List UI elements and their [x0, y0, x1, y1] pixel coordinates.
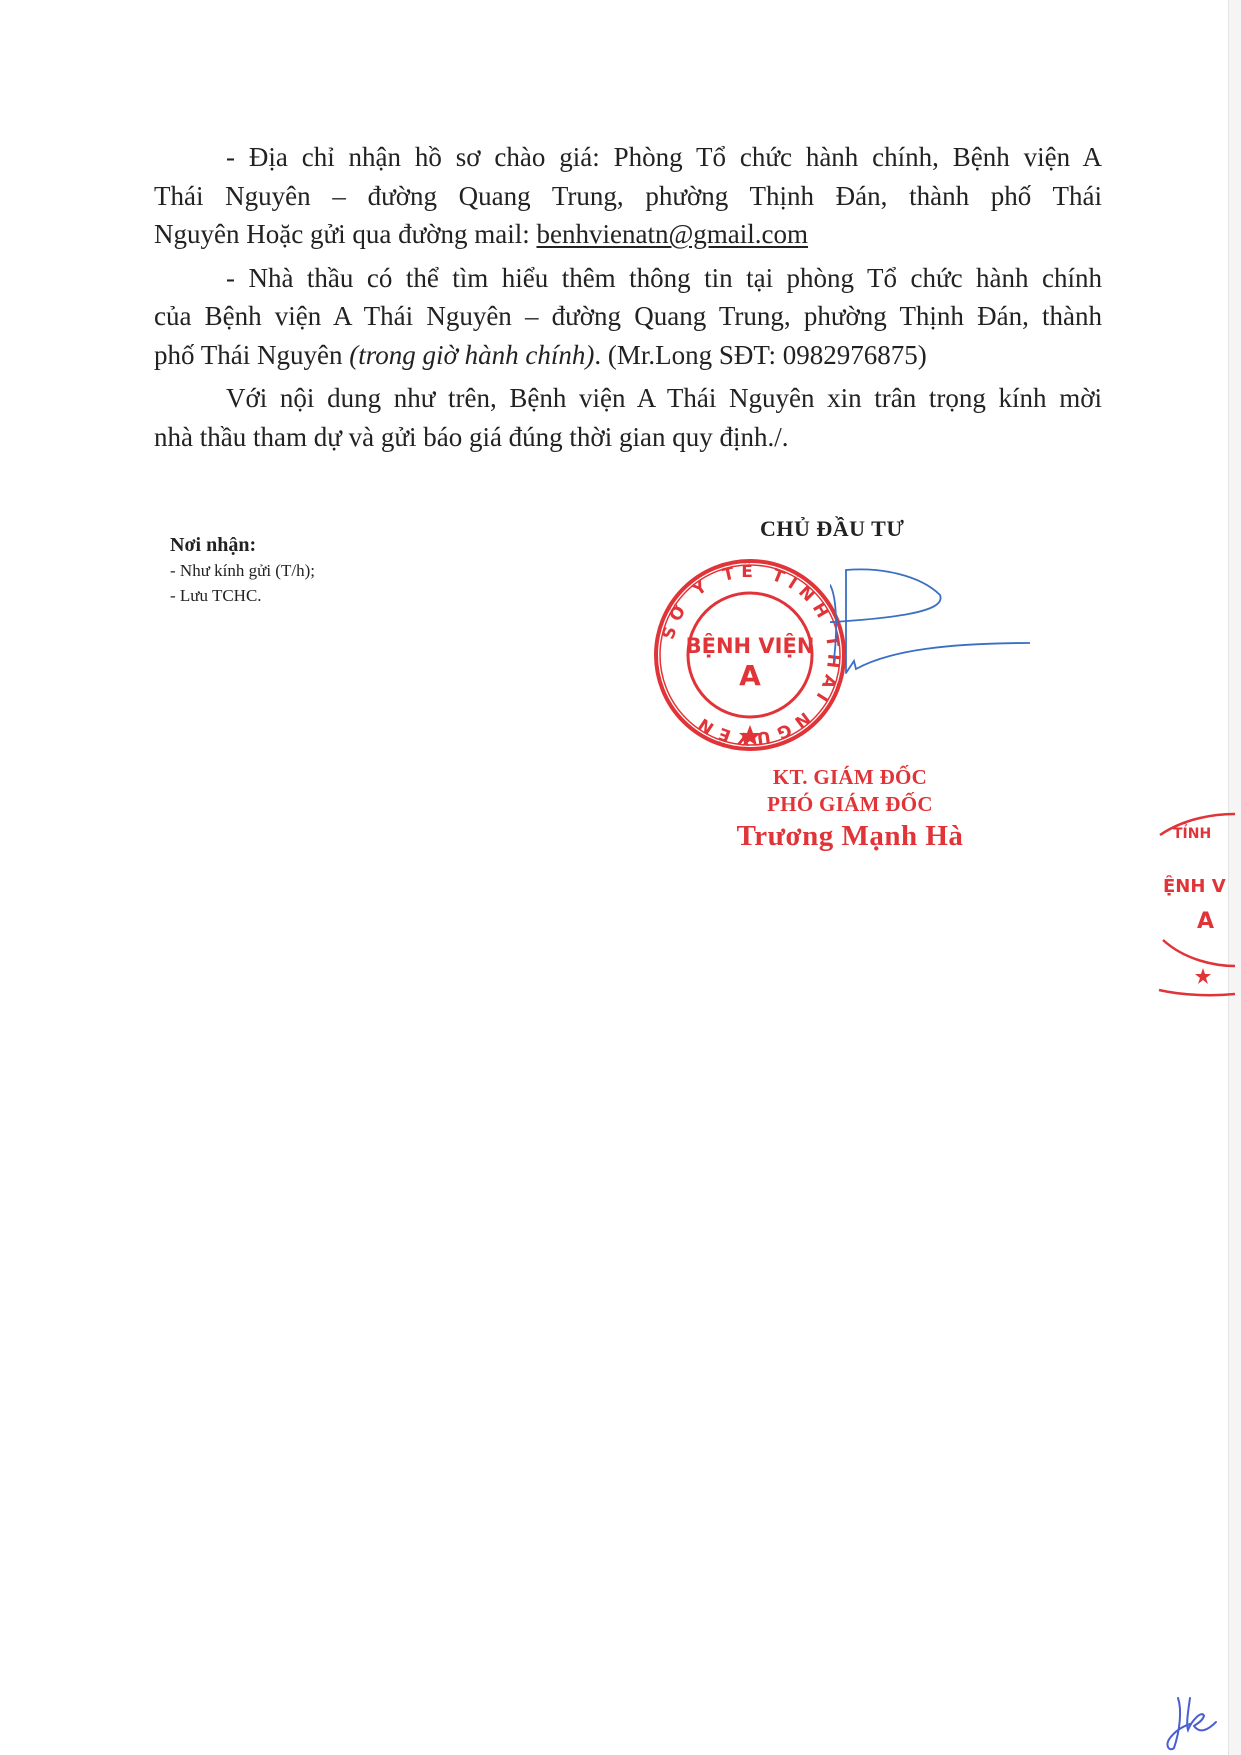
body-text: - Địa chỉ nhận hồ sơ chào giá: Phòng Tổ …: [154, 138, 1102, 456]
recipient-item: - Như kính gửi (T/h);: [170, 558, 315, 583]
signer-titles: KT. GIÁM ĐỐC PHÓ GIÁM ĐỐC Trương Mạnh Hà: [720, 764, 980, 854]
official-stamp: SỞ Y TẾ TỈNH THÁI NGUYÊN BỆNH VIỆN A: [645, 555, 855, 755]
text-line: - Nhà thầu có thể tìm hiểu thêm thông ti…: [154, 259, 1102, 298]
partial-stamp-text: ỆNH V: [1163, 875, 1226, 897]
signer-title-line1: KT. GIÁM ĐỐC: [720, 764, 980, 791]
text-fragment: phố Thái Nguyên: [154, 340, 349, 370]
text-line: - Địa chỉ nhận hồ sơ chào giá: Phòng Tổ …: [154, 138, 1102, 177]
text-line: Nguyên Hoặc gửi qua đường mail: benhvien…: [154, 215, 1102, 254]
partial-stamp-bleed: TỈNH ỆNH V A: [1155, 800, 1235, 1000]
text-fragment: Nguyên Hoặc gửi qua đường mail:: [154, 219, 536, 249]
handwritten-signature: [830, 565, 1030, 685]
signer-title-line2: PHÓ GIÁM ĐỐC: [720, 791, 980, 818]
recipients-title: Nơi nhận:: [170, 532, 315, 558]
stamp-center-line2: A: [739, 659, 761, 692]
partial-stamp-text: A: [1197, 909, 1214, 934]
paragraph-address: - Địa chỉ nhận hồ sơ chào giá: Phòng Tổ …: [154, 138, 1102, 254]
recipient-item: - Lưu TCHC.: [170, 583, 315, 608]
document-page: - Địa chỉ nhận hồ sơ chào giá: Phòng Tổ …: [0, 0, 1241, 1755]
text-line: nhà thầu tham dự và gửi báo giá đúng thờ…: [154, 418, 1102, 457]
recipients-block: Nơi nhận: - Như kính gửi (T/h); - Lưu TC…: [170, 532, 315, 608]
office-hours-note: (trong giờ hành chính): [349, 340, 594, 370]
text-line: Với nội dung như trên, Bệnh viện A Thái …: [154, 379, 1102, 418]
signer-name: Trương Mạnh Hà: [720, 818, 980, 854]
text-line: Thái Nguyên – đường Quang Trung, phường …: [154, 177, 1102, 216]
email-link[interactable]: benhvienatn@gmail.com: [536, 219, 808, 249]
handwritten-initials: [1160, 1690, 1220, 1755]
paragraph-contact: - Nhà thầu có thể tìm hiểu thêm thông ti…: [154, 259, 1102, 375]
text-line: của Bệnh viện A Thái Nguyên – đường Quan…: [154, 297, 1102, 336]
stamp-center-line1: BỆNH VIỆN: [686, 632, 815, 658]
paragraph-closing: Với nội dung như trên, Bệnh viện A Thái …: [154, 379, 1102, 456]
contact-phone: . (Mr.Long SĐT: 0982976875): [594, 340, 926, 370]
text-line: phố Thái Nguyên (trong giờ hành chính). …: [154, 336, 1102, 375]
star-icon: [1195, 968, 1211, 984]
partial-stamp-text: TỈNH: [1173, 823, 1211, 842]
signer-role: CHỦ ĐẦU TƯ: [760, 516, 904, 542]
